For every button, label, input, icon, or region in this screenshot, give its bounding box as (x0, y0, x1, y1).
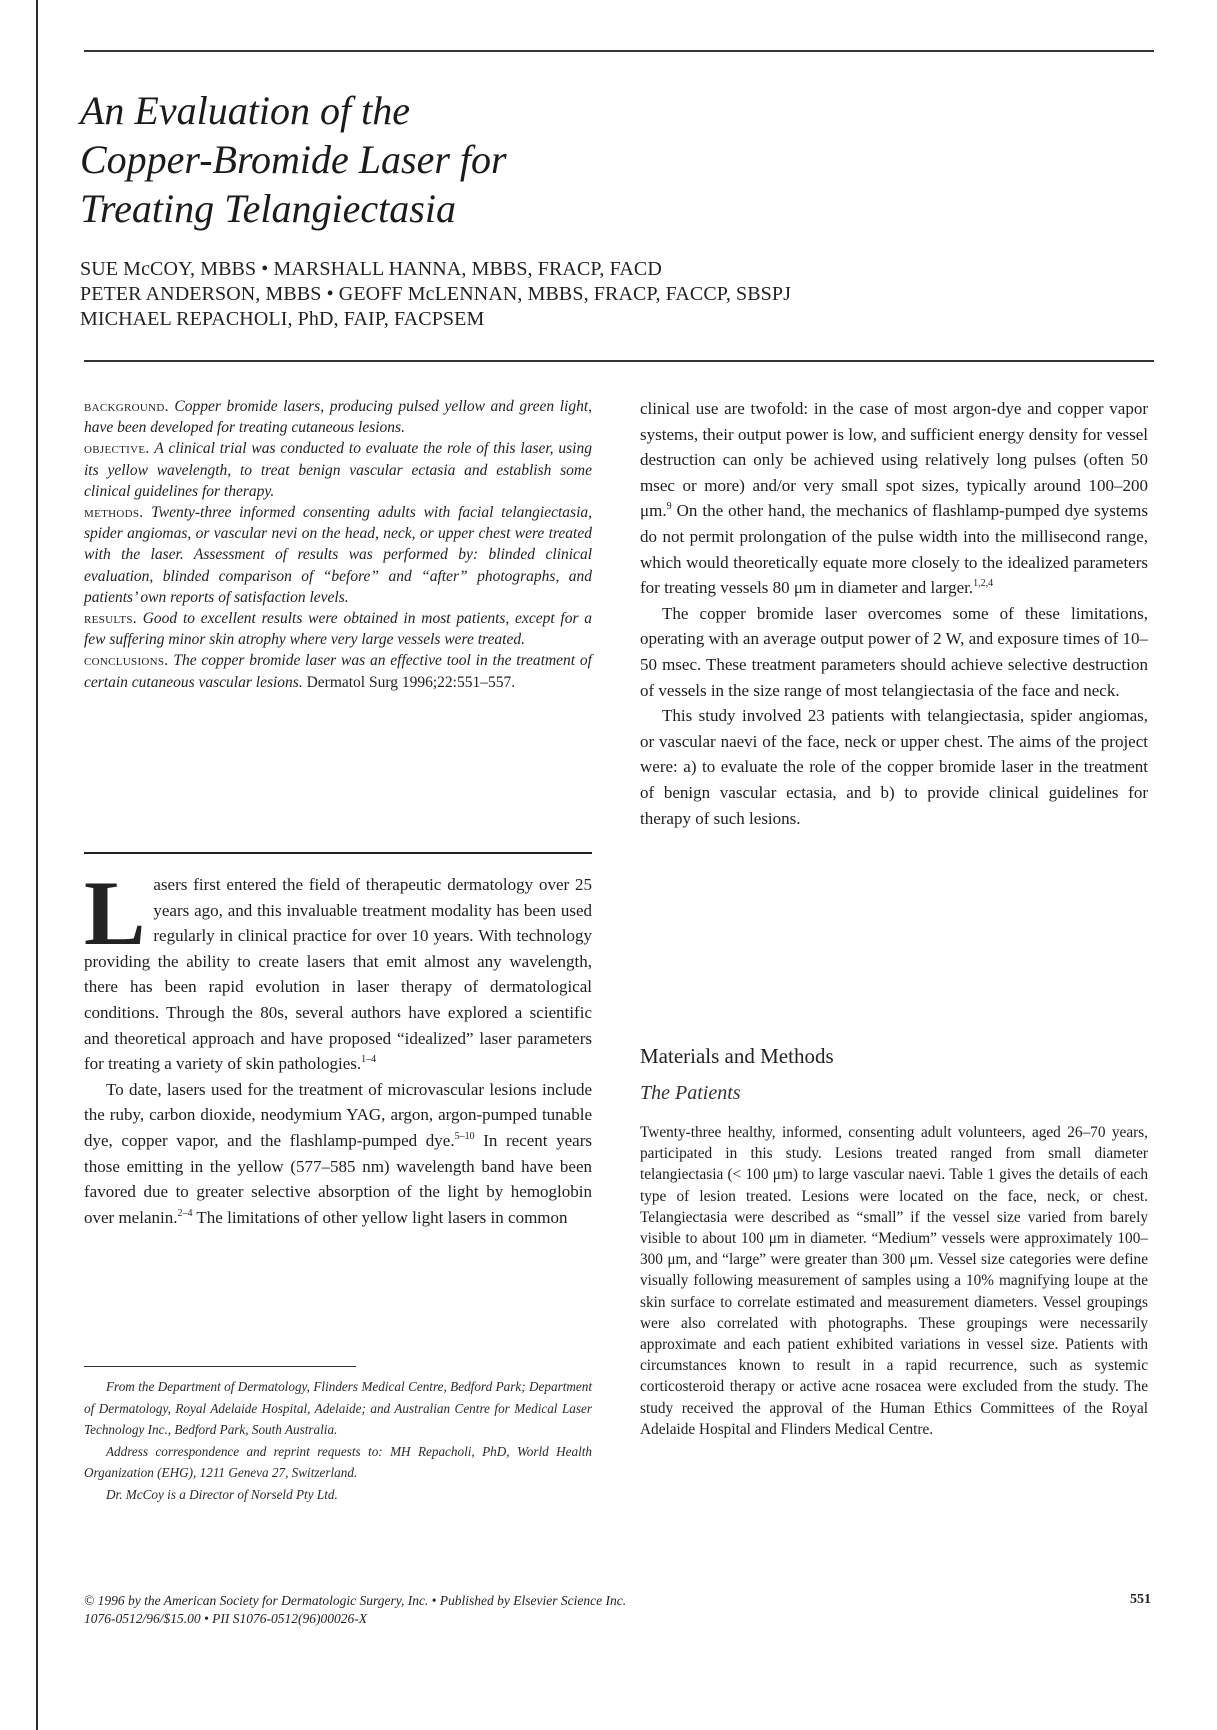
paragraph-text: On the other hand, the mechanics of flas… (640, 501, 1148, 597)
page-binding-edge (36, 0, 38, 1730)
abstract-objective: OBJECTIVE. A clinical trial was conducte… (84, 438, 592, 502)
footnote-rule (84, 1366, 356, 1367)
abstract-conclusions: CONCLUSIONS. The copper bromide laser wa… (84, 650, 592, 692)
abstract-results: RESULTS. Good to excellent results were … (84, 608, 592, 650)
subsection-heading: The Patients (640, 1082, 741, 1105)
body-paragraph: clinical use are twofold: in the case of… (640, 396, 1148, 601)
abstract-text: Twenty-three informed consenting adults … (84, 504, 592, 606)
reference-superscript: 1–4 (361, 1054, 376, 1065)
body-column-left: Lasers first entered the field of therap… (84, 872, 592, 1230)
body-column-right: clinical use are twofold: in the case of… (640, 396, 1148, 831)
body-paragraph: To date, lasers used for the treatment o… (84, 1077, 592, 1231)
title-line: An Evaluation of the (80, 86, 700, 135)
footnotes: From the Department of Dermatology, Flin… (84, 1376, 592, 1505)
abstract-text: Good to excellent results were obtained … (84, 610, 592, 648)
abstract-label: BACKGROUND. (84, 398, 169, 415)
abstract-label: CONCLUSIONS. (84, 652, 169, 669)
copyright-line: © 1996 by the American Society for Derma… (84, 1592, 784, 1610)
author-line: PETER ANDERSON, MBBS • GEOFF McLENNAN, M… (80, 282, 1160, 307)
abstract: BACKGROUND. Copper bromide lasers, produ… (84, 396, 592, 693)
author-line: SUE McCOY, MBBS • MARSHALL HANNA, MBBS, … (80, 257, 1160, 282)
author-line: MICHAEL REPACHOLI, PhD, FAIP, FACPSEM (80, 307, 1160, 332)
abstract-methods: METHODS. Twenty-three informed consentin… (84, 502, 592, 608)
page-footer: © 1996 by the American Society for Derma… (84, 1592, 784, 1628)
patients-paragraph: Twenty-three healthy, informed, consenti… (640, 1122, 1148, 1440)
abstract-rule (84, 852, 592, 854)
page-number: 551 (1130, 1592, 1151, 1608)
footnote-affiliation: From the Department of Dermatology, Flin… (84, 1376, 592, 1441)
abstract-label: OBJECTIVE. (84, 440, 150, 457)
paragraph-text: The limitations of other yellow light la… (192, 1208, 567, 1227)
drop-cap: L (84, 878, 145, 948)
body-paragraph: This study involved 23 patients with tel… (640, 703, 1148, 831)
article-title: An Evaluation of the Copper-Bromide Lase… (80, 86, 700, 233)
header-rule (84, 360, 1154, 362)
top-rule (84, 50, 1154, 52)
intro-paragraph: Lasers first entered the field of therap… (84, 872, 592, 1077)
reference-superscript: 1,2,4 (973, 578, 993, 589)
journal-citation: Dermatol Surg 1996;22:551–557. (303, 674, 515, 691)
abstract-background: BACKGROUND. Copper bromide lasers, produ… (84, 396, 592, 438)
body-paragraph: The copper bromide laser overcomes some … (640, 601, 1148, 703)
section-heading: Materials and Methods (640, 1044, 834, 1069)
paragraph-text: asers first entered the field of therape… (84, 875, 592, 1073)
title-line: Copper-Bromide Laser for (80, 135, 700, 184)
footnote-correspondence: Address correspondence and reprint reque… (84, 1441, 592, 1484)
reference-superscript: 2–4 (177, 1208, 192, 1219)
author-list: SUE McCOY, MBBS • MARSHALL HANNA, MBBS, … (80, 257, 1160, 332)
title-line: Treating Telangiectasia (80, 184, 700, 233)
reference-superscript: 5–10 (455, 1131, 475, 1142)
abstract-text: A clinical trial was conducted to evalua… (84, 440, 592, 499)
footnote-disclosure: Dr. McCoy is a Director of Norseld Pty L… (84, 1484, 592, 1506)
identifier-line: 1076-0512/96/$15.00 • PII S1076-0512(96)… (84, 1610, 784, 1628)
abstract-label: METHODS. (84, 504, 143, 521)
abstract-label: RESULTS. (84, 610, 137, 627)
